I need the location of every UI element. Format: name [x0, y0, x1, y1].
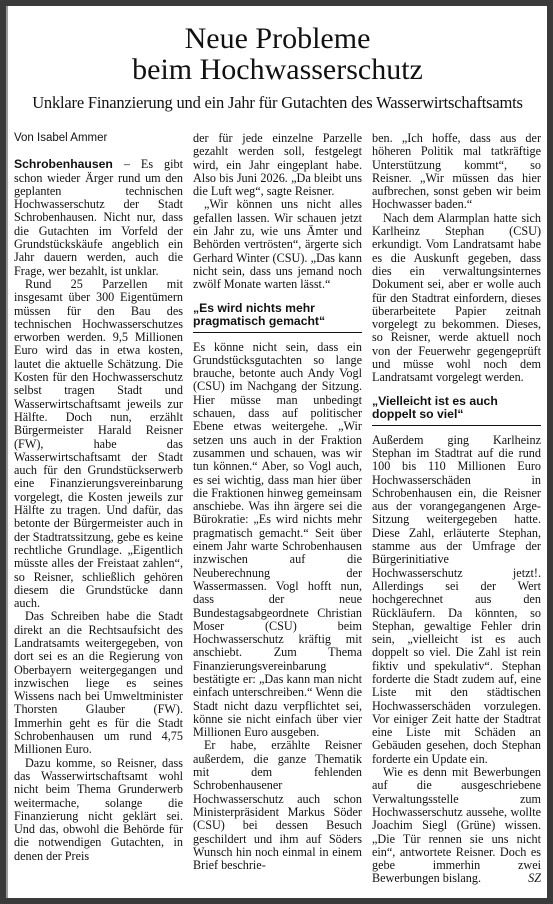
headline: Neue Probleme beim Hochwasserschutz — [8, 23, 547, 85]
headline-line-2: beim Hochwasserschutz — [132, 53, 423, 86]
paragraph: ben. „Ich hoffe, dass aus der höheren Po… — [372, 132, 541, 212]
column-2: der für jede einzelne Parzelle gezahlt w… — [193, 132, 362, 886]
author-signature: SZ — [517, 872, 541, 885]
article-columns: Von Isabel Ammer Schrobenhausen – Es gib… — [14, 132, 541, 886]
subheadline: Unklare Finanzierung und ein Jahr für Gu… — [8, 93, 547, 113]
paragraph: Das Schreiben habe die Stadt direkt an d… — [14, 610, 183, 756]
headline-line-1: Neue Probleme — [185, 22, 371, 55]
column-3: ben. „Ich hoffe, dass aus der höheren Po… — [372, 132, 541, 886]
dateline: Schrobenhausen — [14, 157, 113, 171]
paragraph: Außerdem ging Karlheinz Stephan im Stadt… — [372, 434, 541, 766]
paragraph: Rund 25 Parzellen mit insgesamt über 300… — [14, 278, 183, 610]
paragraph: Wie es denn mit Bewerbungen auf die ausg… — [372, 766, 541, 886]
paragraph: „Wir können uns nicht alles gefallen las… — [193, 198, 362, 291]
column-1: Von Isabel Ammer Schrobenhausen – Es gib… — [14, 132, 183, 886]
paragraph: Dazu komme, so Reisner, dass das Wasserw… — [14, 757, 183, 863]
paragraph: Nach dem Alarmplan hatte sich Karlheinz … — [372, 212, 541, 385]
paragraph: der für jede einzelne Parzelle gezahlt w… — [193, 132, 362, 198]
subheading: „Vielleicht ist es auch doppelt so viel“ — [372, 395, 541, 426]
paragraph: Es könne nicht sein, dass ein Grundstück… — [193, 341, 362, 740]
newspaper-page: Neue Probleme beim Hochwasserschutz Unkl… — [6, 6, 547, 898]
subheading: „Es wird nichts mehr pragmatisch gemacht… — [193, 302, 362, 333]
byline: Von Isabel Ammer — [14, 132, 183, 145]
paragraph: Schrobenhausen – Es gibt schon wieder Är… — [14, 158, 183, 278]
paragraph: Er habe, erzählte Reisner außerdem, die … — [193, 739, 362, 872]
